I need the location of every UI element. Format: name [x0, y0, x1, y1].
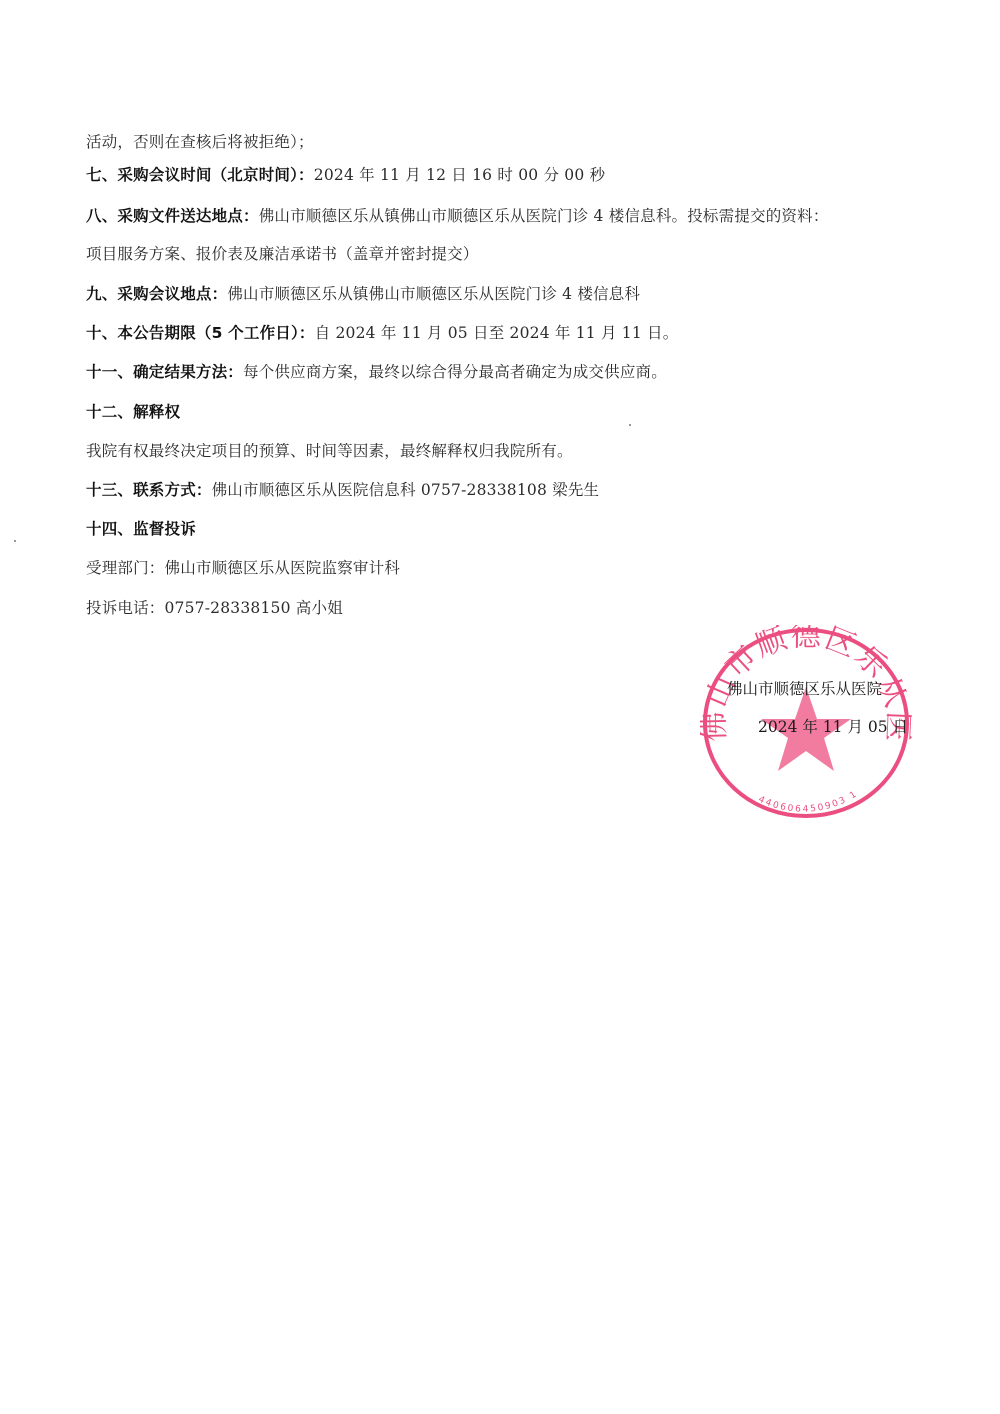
section-text: 佛山市顺德区乐从医院信息科 0757-28338108 梁先生: [212, 481, 600, 499]
section-text: 每个供应商方案，最终以综合得分最高者确定为成交供应商。: [243, 363, 667, 381]
continuation-line: 活动，否则在查核后将被拒绝）；: [86, 131, 314, 153]
section-text: 自 2024 年 11 月 05 日至 2024 年 11 月 11 日。: [315, 324, 679, 342]
section-8-continuation: 项目服务方案、报价表及廉洁承诺书（盖章并密封提交）: [86, 243, 479, 265]
section-7-meeting-time: 七、采购会议时间（北京时间）：2024 年 11 月 12 日 16 时 00 …: [86, 164, 605, 186]
section-12-interpretation: 十二、解释权: [86, 401, 180, 423]
complaint-department: 受理部门：佛山市顺德区乐从医院监察审计科: [86, 557, 400, 579]
section-14-supervision: 十四、监督投诉: [86, 518, 196, 540]
section-13-contact: 十三、联系方式：佛山市顺德区乐从医院信息科 0757-28338108 梁先生: [86, 479, 599, 501]
document-page: 活动，否则在查核后将被拒绝）； 七、采购会议时间（北京时间）：2024 年 11…: [0, 0, 1000, 1414]
signature-date: 2024 年 11 月 05 日: [758, 716, 908, 738]
section-heading: 十、本公告期限（5 个工作日）：: [86, 324, 315, 342]
section-11-result-method: 十一、确定结果方法：每个供应商方案，最终以综合得分最高者确定为成交供应商。: [86, 361, 667, 383]
section-9-meeting-location: 九、采购会议地点：佛山市顺德区乐从镇佛山市顺德区乐从医院门诊 4 楼信息科: [86, 283, 640, 305]
section-text: 2024 年 11 月 12 日 16 时 00 分 00 秒: [314, 166, 605, 184]
section-text: 佛山市顺德区乐从镇佛山市顺德区乐从医院门诊 4 楼信息科。投标需提交的资料：: [259, 207, 829, 225]
signature-organization: 佛山市顺德区乐从医院: [727, 678, 882, 700]
section-heading: 十一、确定结果方法：: [86, 363, 243, 381]
section-heading: 七、采购会议时间（北京时间）：: [86, 166, 314, 184]
section-text: 佛山市顺德区乐从镇佛山市顺德区乐从医院门诊 4 楼信息科: [227, 285, 640, 303]
section-heading: 十二、解释权: [86, 403, 180, 421]
scan-speck: [629, 424, 631, 426]
section-heading: 十三、联系方式：: [86, 481, 212, 499]
section-8-delivery-location: 八、采购文件送达地点：佛山市顺德区乐从镇佛山市顺德区乐从医院门诊 4 楼信息科。…: [86, 205, 829, 227]
section-heading: 九、采购会议地点：: [86, 285, 227, 303]
complaint-phone: 投诉电话：0757-28338150 高小姐: [86, 597, 343, 619]
section-heading: 十四、监督投诉: [86, 520, 196, 538]
scan-speck: [14, 540, 16, 542]
section-10-notice-period: 十、本公告期限（5 个工作日）：自 2024 年 11 月 05 日至 2024…: [86, 322, 678, 344]
section-12-body: 我院有权最终决定项目的预算、时间等因素，最终解释权归我院所有。: [86, 440, 573, 462]
section-heading: 八、采购文件送达地点：: [86, 207, 259, 225]
